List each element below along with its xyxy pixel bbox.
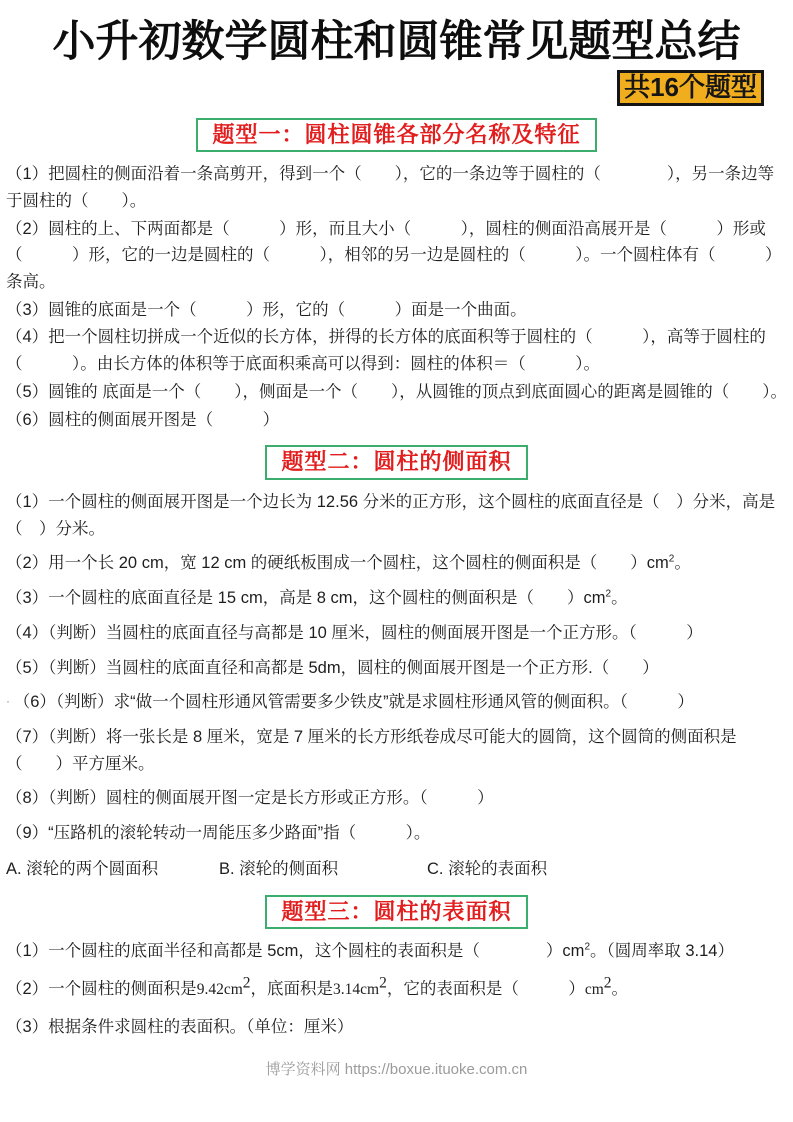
question-text: （4）把一个圆柱切拼成一个近似的长方体，拼得的长方体的底面积等于圆柱的（ ），高… xyxy=(6,328,766,373)
section-heading: 题型二：圆柱的侧面积 xyxy=(265,445,527,480)
question-text: （3）一个圆柱的底面直径是 15 cm，高是 8 cm，这个圆柱的侧面积是（ ）… xyxy=(6,589,628,607)
question: （2）圆柱的上、下两面都是（ ）形，而且大小（ ），圆柱的侧面沿高展开是（ ）形… xyxy=(6,216,787,296)
question-list: （1）把圆柱的侧面沿着一条高剪开，得到一个（ ），它的一条边等于圆柱的（ ），另… xyxy=(5,161,788,433)
question-count-badge: 共16个题型 xyxy=(617,70,764,105)
question: （4）把一个圆柱切拼成一个近似的长方体，拼得的长方体的底面积等于圆柱的（ ），高… xyxy=(6,324,787,377)
question-text: （4）（判断）当圆柱的底面直径与高都是 10 厘米，圆柱的侧面展开图是一个正方形… xyxy=(6,624,703,642)
question: （9）“压路机的滚轮转动一周能压多少路面”指（ ）。A. 滚轮的两个圆面积B. … xyxy=(6,820,787,882)
badge-row: 共16个题型 xyxy=(5,70,788,105)
question-text: （2）一个圆柱的侧面积是9.42cm2，底面积是3.14cm2，它的表面积是（ … xyxy=(6,980,628,998)
section-heading: 题型一：圆柱圆锥各部分名称及特征 xyxy=(196,118,596,153)
question-text: （8）（判断）圆柱的侧面展开图一定是长方形或正方形。（ ） xyxy=(6,789,494,807)
question: （2）一个圆柱的侧面积是9.42cm2，底面积是3.14cm2，它的表面积是（ … xyxy=(6,976,787,1003)
page-footer: 博学资料网 https://boxue.ituoke.com.cn xyxy=(5,1058,788,1079)
worksheet-section: 题型二：圆柱的侧面积 （1）一个圆柱的侧面展开图是一个边长为 12.56 分米的… xyxy=(5,445,788,882)
section-heading-row: 题型二：圆柱的侧面积 xyxy=(5,445,788,480)
question: （5）圆锥的 底面是一个（ ），侧面是一个（ ），从圆锥的顶点到底面圆心的距离是… xyxy=(6,379,787,406)
question-text: （3）根据条件求圆柱的表面积。（单位：厘米） xyxy=(6,1018,353,1036)
question: （4）（判断）当圆柱的底面直径与高都是 10 厘米，圆柱的侧面展开图是一个正方形… xyxy=(6,620,787,647)
option-item: B. 滚轮的侧面积 xyxy=(219,856,427,883)
question-text: （5）（判断）当圆柱的底面直径和高都是 5dm，圆柱的侧面展开图是一个正方形.（… xyxy=(6,659,659,677)
question-text: （6）（判断）求“做一个圆柱形通风管需要多少铁皮”就是求圆柱形通风管的侧面积。（… xyxy=(22,693,694,711)
section-heading-text: 题型三：圆柱的表面积 xyxy=(281,899,511,924)
worksheet-section: 题型三：圆柱的表面积 （1）一个圆柱的底面半径和高都是 5cm，这个圆柱的表面积… xyxy=(5,895,788,1041)
question-text: （7）（判断）将一张长是 8 厘米，宽是 7 厘米的长方形纸卷成尽可能大的圆筒，… xyxy=(6,728,737,773)
question-text: （1）把圆柱的侧面沿着一条高剪开，得到一个（ ），它的一条边等于圆柱的（ ），另… xyxy=(6,165,774,210)
question-text: （9）“压路机的滚轮转动一周能压多少路面”指（ ）。 xyxy=(6,824,430,842)
page-title: 小升初数学圆柱和圆锥常见题型总结 xyxy=(5,18,788,67)
question-list: （1）一个圆柱的底面半径和高都是 5cm，这个圆柱的表面积是（ ）cm2。（圆周… xyxy=(5,938,788,1040)
sections: 题型一：圆柱圆锥各部分名称及特征 （1）把圆柱的侧面沿着一条高剪开，得到一个（ … xyxy=(5,118,788,1041)
question: （3）圆锥的底面是一个（ ）形，它的（ ）面是一个曲面。 xyxy=(6,297,787,324)
question: （1）一个圆柱的侧面展开图是一个边长为 12.56 分米的正方形，这个圆柱的底面… xyxy=(6,489,787,542)
question: （5）（判断）当圆柱的底面直径和高都是 5dm，圆柱的侧面展开图是一个正方形.（… xyxy=(6,655,787,682)
question-text: （2）圆柱的上、下两面都是（ ）形，而且大小（ ），圆柱的侧面沿高展开是（ ）形… xyxy=(6,220,782,291)
section-heading-text: 题型一：圆柱圆锥各部分名称及特征 xyxy=(212,122,580,147)
section-heading: 题型三：圆柱的表面积 xyxy=(265,895,527,930)
question: （3）一个圆柱的底面直径是 15 cm，高是 8 cm，这个圆柱的侧面积是（ ）… xyxy=(6,585,787,612)
question-list: （1）一个圆柱的侧面展开图是一个边长为 12.56 分米的正方形，这个圆柱的底面… xyxy=(5,489,788,883)
question: （7）（判断）将一张长是 8 厘米，宽是 7 厘米的长方形纸卷成尽可能大的圆筒，… xyxy=(6,724,787,777)
stray-dot: · xyxy=(6,694,10,708)
question-text: （1）一个圆柱的侧面展开图是一个边长为 12.56 分米的正方形，这个圆柱的底面… xyxy=(6,493,775,538)
question-text: （3）圆锥的底面是一个（ ）形，它的（ ）面是一个曲面。 xyxy=(6,301,527,319)
question: （1）一个圆柱的底面半径和高都是 5cm，这个圆柱的表面积是（ ）cm2。（圆周… xyxy=(6,938,787,965)
section-heading-text: 题型二：圆柱的侧面积 xyxy=(281,449,511,474)
question-text: （6）圆柱的侧面展开图是（ ） xyxy=(6,411,279,429)
question: （3）根据条件求圆柱的表面积。（单位：厘米） xyxy=(6,1014,787,1041)
question-text: （5）圆锥的 底面是一个（ ），侧面是一个（ ），从圆锥的顶点到底面圆心的距离是… xyxy=(6,383,787,401)
worksheet-section: 题型一：圆柱圆锥各部分名称及特征 （1）把圆柱的侧面沿着一条高剪开，得到一个（ … xyxy=(5,118,788,434)
question: （8）（判断）圆柱的侧面展开图一定是长方形或正方形。（ ） xyxy=(6,785,787,812)
worksheet-page: 小升初数学圆柱和圆锥常见题型总结 共16个题型 题型一：圆柱圆锥各部分名称及特征… xyxy=(0,0,793,1122)
answer-options: A. 滚轮的两个圆面积B. 滚轮的侧面积C. 滚轮的表面积 xyxy=(6,856,787,883)
question: （6）圆柱的侧面展开图是（ ） xyxy=(6,407,787,434)
section-heading-row: 题型一：圆柱圆锥各部分名称及特征 xyxy=(5,118,788,153)
question-text: （2）用一个长 20 cm，宽 12 cm 的硬纸板围成一个圆柱，这个圆柱的侧面… xyxy=(6,554,691,572)
question: （1）把圆柱的侧面沿着一条高剪开，得到一个（ ），它的一条边等于圆柱的（ ），另… xyxy=(6,161,787,214)
question: （2）用一个长 20 cm，宽 12 cm 的硬纸板围成一个圆柱，这个圆柱的侧面… xyxy=(6,550,787,577)
question: ·（6）（判断）求“做一个圆柱形通风管需要多少铁皮”就是求圆柱形通风管的侧面积。… xyxy=(6,689,787,716)
option-item: A. 滚轮的两个圆面积 xyxy=(6,856,219,883)
question-text: （1）一个圆柱的底面半径和高都是 5cm，这个圆柱的表面积是（ ）cm2。（圆周… xyxy=(6,942,734,960)
option-item: C. 滚轮的表面积 xyxy=(427,856,547,883)
section-heading-row: 题型三：圆柱的表面积 xyxy=(5,895,788,930)
